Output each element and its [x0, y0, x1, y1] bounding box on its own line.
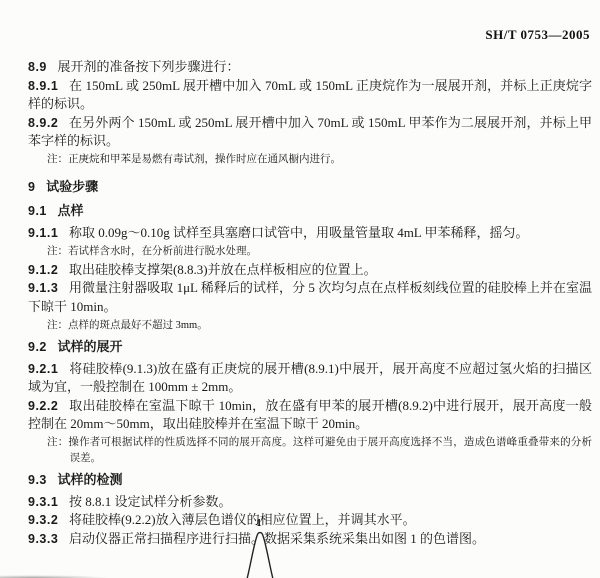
document-page: SH/T 0753—2005 8.9展开剂的准备按下列步骤进行： 8.9.1在 …: [0, 0, 600, 578]
clause-number: 8.9.2: [28, 116, 58, 130]
clause-text: 将硅胶棒(9.1.3)放在盛有正庚烷的展开槽(8.9.1)中展开，展开高度不应超…: [28, 361, 592, 395]
note-reagents-safety: 注：正庚烷和甲苯是易燃有毒试剂，操作时应在通风橱内进行。: [47, 152, 592, 168]
heading-number: 9.1: [28, 204, 47, 218]
note-water-removal: 注：若试样含水时，在分析前进行脱水处理。: [47, 244, 592, 260]
note-development-height: 注：操作者可根据试样的性质选择不同的展开高度。这样可避免由于展开高度选择不当，造…: [47, 435, 592, 466]
heading-9-2-development: 9.2试样的展开: [28, 338, 592, 357]
clause-text: 在 150mL 或 250mL 展开槽中加入 70mL 或 150mL 正庚烷作…: [28, 78, 592, 112]
page-header: SH/T 0753—2005: [0, 0, 600, 44]
clause-8-9-1: 8.9.1在 150mL 或 250mL 展开槽中加入 70mL 或 150mL…: [28, 77, 592, 114]
clause-9-1-3: 9.1.3用微量注射器吸取 1μL 稀释后的试样，分 5 次均匀点在点样板刻线位…: [28, 279, 592, 316]
clause-number: 9.3.1: [28, 495, 58, 509]
clause-text: 取出硅胶棒支撑架(8.8.3)并放在点样板相应的位置上。: [69, 262, 377, 277]
clause-8-9: 8.9展开剂的准备按下列步骤进行：: [28, 58, 592, 77]
clause-number: 9.1.1: [28, 226, 58, 240]
clause-text: 称取 0.09g～0.10g 试样至具塞磨口试管中，用吸量管量取 4mL 甲苯稀…: [69, 225, 529, 240]
clause-8-9-2: 8.9.2在另外两个 150mL 或 250mL 展开槽中加入 70mL 或 1…: [28, 114, 592, 151]
document-body: 8.9展开剂的准备按下列步骤进行： 8.9.1在 150mL 或 250mL 展…: [0, 44, 600, 548]
heading-9-test-procedure: 9试验步骤: [28, 178, 592, 197]
clause-number: 8.9: [28, 60, 47, 74]
heading-text: 点样: [58, 203, 84, 218]
clause-number: 9.1.2: [28, 263, 58, 277]
clause-9-2-1: 9.2.1将硅胶棒(9.1.3)放在盛有正庚烷的展开槽(8.9.1)中展开，展开…: [28, 360, 592, 397]
note-spot-size: 注：点样的斑点最好不超过 3mm。: [47, 318, 592, 334]
heading-text: 试样的检测: [58, 472, 123, 487]
heading-number: 9: [28, 180, 35, 194]
heading-text: 试验步骤: [46, 179, 98, 194]
clause-number: 9.2.2: [28, 399, 58, 413]
heading-number: 9.2: [28, 340, 47, 354]
peak-number-label: 1: [251, 517, 267, 529]
clause-text: 展开剂的准备按下列步骤进行：: [58, 59, 240, 74]
clause-number: 8.9.1: [28, 79, 58, 93]
heading-9-3-detection: 9.3试样的检测: [28, 471, 592, 490]
chromatogram-figure: 1: [0, 514, 600, 578]
clause-9-3-1: 9.3.1按 8.8.1 设定试样分析参数。: [28, 493, 592, 512]
clause-9-1-2: 9.1.2取出硅胶棒支撑架(8.8.3)并放在点样板相应的位置上。: [28, 261, 592, 280]
clause-number: 9.1.3: [28, 281, 58, 295]
clause-9-1-1: 9.1.1称取 0.09g～0.10g 试样至具塞磨口试管中，用吸量管量取 4m…: [28, 224, 592, 243]
chromatogram-peak-curve: [244, 531, 276, 578]
standard-number: SH/T 0753—2005: [485, 27, 590, 42]
heading-number: 9.3: [28, 473, 47, 487]
heading-9-1-spotting: 9.1点样: [28, 202, 592, 221]
clause-text: 在另外两个 150mL 或 250mL 展开槽中加入 70mL 或 150mL …: [28, 115, 592, 149]
clause-text: 按 8.8.1 设定试样分析参数。: [69, 494, 232, 509]
clause-text: 取出硅胶棒在室温下晾干 10min，放在盛有甲苯的展开槽(8.9.2)中进行展开…: [28, 398, 592, 432]
clause-9-2-2: 9.2.2取出硅胶棒在室温下晾干 10min，放在盛有甲苯的展开槽(8.9.2)…: [28, 397, 592, 434]
heading-text: 试样的展开: [58, 339, 123, 354]
clause-number: 9.2.1: [28, 362, 58, 376]
clause-text: 用微量注射器吸取 1μL 稀释后的试样，分 5 次均匀点在点样板刻线位置的硅胶棒…: [28, 280, 592, 314]
